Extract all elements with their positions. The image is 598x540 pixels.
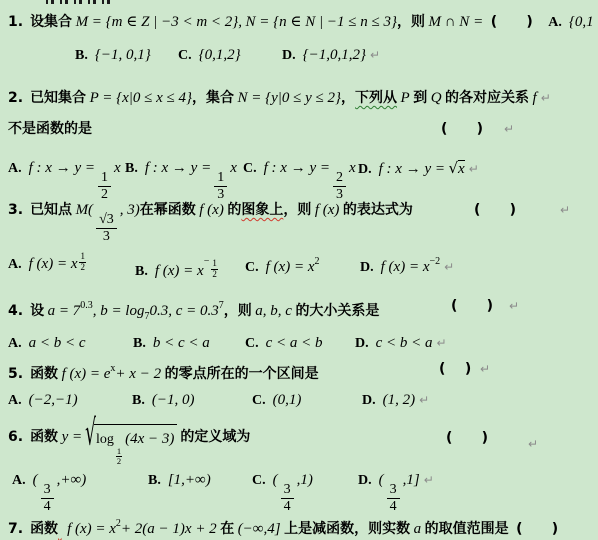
q2-option-d: D.f : x → y = √x↵ bbox=[358, 158, 479, 180]
q3-option-d-label: D. bbox=[360, 260, 374, 275]
q6-option-c-close: ,1) bbox=[297, 472, 313, 488]
q6-option-c-label: C. bbox=[252, 473, 266, 488]
q3-option-a-formula: f (x) = x bbox=[29, 256, 78, 272]
q2-option-d-formula: f : x → y = bbox=[379, 161, 445, 177]
q5-number: 5. bbox=[8, 366, 23, 382]
q7-formula: f (x) = x bbox=[67, 521, 116, 537]
q2-text-1: 已知集合 bbox=[30, 90, 86, 106]
q2-var-p: P bbox=[401, 90, 410, 106]
exponent: 0.3 bbox=[80, 300, 93, 311]
fraction: 23 bbox=[333, 171, 346, 203]
q6-option-a-close: ,+∞) bbox=[57, 472, 87, 488]
fraction-numerator: 1 bbox=[214, 171, 227, 188]
q1-set-m: M = {m ∈ Z | −3 < m < 2}, bbox=[76, 14, 242, 30]
fraction-numerator: 2 bbox=[333, 171, 346, 188]
q4-c-def: 0.3, c = 0.3 bbox=[149, 303, 218, 319]
q7-number: 7. bbox=[8, 521, 23, 537]
q4-option-c: C.c < a < b bbox=[245, 333, 323, 354]
paragraph-mark-icon: ↵ bbox=[370, 48, 380, 62]
fraction-denominator: 2 bbox=[117, 457, 121, 466]
q7-text-3: 上是减函数，则实数 bbox=[284, 521, 410, 537]
q4-text-3: 的大小关系是 bbox=[295, 303, 379, 319]
fraction-numerator: 3 bbox=[387, 483, 400, 500]
q5-text-1: 函数 bbox=[30, 366, 58, 382]
q5-formula-2: + x − 2 bbox=[115, 366, 161, 382]
fraction: 13 bbox=[214, 171, 227, 203]
q7-interval: (−∞,4] bbox=[238, 521, 281, 537]
q5-option-d-value: (1, 2) bbox=[383, 392, 416, 408]
question-4-stem: 4.设 a = 70.3, b = log70.3, c = 0.37，则 a,… bbox=[8, 296, 598, 327]
q3-option-c-formula: f (x) = x bbox=[266, 259, 315, 275]
q2-option-c: C.f : x → y =23x bbox=[243, 158, 356, 203]
q5-option-c: C.(0,1) bbox=[252, 390, 301, 411]
q1-option-c-label: C. bbox=[178, 48, 192, 63]
q2-option-c-var: x bbox=[349, 160, 356, 176]
q6-option-d: D.(34,1]↵ bbox=[358, 470, 434, 515]
paragraph-mark-icon: ↵ bbox=[509, 296, 519, 316]
question-1-stem: 1.设集合 M = {m ∈ Z | −3 < m < 2}, N = {n ∈… bbox=[8, 12, 594, 33]
q5-formula: f (x) = e bbox=[62, 366, 111, 382]
q6-answer-blank: ( ) bbox=[446, 426, 488, 450]
q3-option-b-label: B. bbox=[135, 264, 148, 279]
question-3-stem: 3.已知点 M(√33, 3)在幂函数 f (x) 的图象上，则 f (x) 的… bbox=[8, 200, 598, 245]
question-6-stem: 6.函数 y =√log12(4x − 3)的定义域为 ( ) ↵ bbox=[8, 424, 598, 465]
q5-option-a: A.(−2,−1) bbox=[8, 390, 78, 411]
q2-option-b-var: x bbox=[230, 160, 237, 176]
q3-option-b-formula: f (x) = x bbox=[155, 263, 204, 279]
q1-option-a-value: {0,1 bbox=[569, 14, 594, 30]
q5-option-d: D.(1, 2)↵ bbox=[362, 390, 429, 411]
q4-option-a-label: A. bbox=[8, 336, 22, 351]
q4-option-b-value: b < c < a bbox=[153, 335, 210, 351]
fraction-denominator: 4 bbox=[390, 499, 397, 515]
question-7-stem: 7.函数 f (x) = x2+ 2(a − 1)x + 2 在 (−∞,4] … bbox=[8, 514, 598, 540]
q1-option-d: D.{−1,0,1,2}↵ bbox=[282, 45, 380, 66]
q1-option-c-value: {0,1,2} bbox=[199, 47, 241, 63]
q5-option-b-label: B. bbox=[132, 393, 145, 408]
q3-number: 3. bbox=[8, 202, 23, 218]
fraction: 34 bbox=[387, 483, 400, 515]
q3-spellcheck-text: 图象上 bbox=[241, 202, 283, 218]
q4-option-d: D.c < b < a↵ bbox=[355, 333, 447, 354]
question-3-options: A.f (x) = x12 B.f (x) = x−12 C.f (x) = x… bbox=[8, 252, 590, 282]
q2-text-6: 不是函数的是 bbox=[8, 121, 92, 137]
q4-b-def: , b = log bbox=[93, 303, 145, 319]
fraction-denominator: 2 bbox=[212, 270, 217, 279]
q4-text-2: ，则 bbox=[224, 303, 252, 319]
q4-vars: a, b, c bbox=[255, 303, 292, 319]
exponent-minus: − bbox=[204, 256, 210, 267]
q3-answer-blank: ( ) bbox=[474, 200, 516, 220]
q4-option-d-label: D. bbox=[355, 336, 369, 351]
q3-text-4: ，则 bbox=[283, 202, 311, 218]
q4-text-1: 设 bbox=[30, 303, 44, 319]
question-2-options: A.f : x → y =12x B.f : x → y =13x C.f : … bbox=[8, 158, 590, 198]
q5-option-c-value: (0,1) bbox=[273, 392, 302, 408]
fraction-denominator: 4 bbox=[284, 499, 291, 515]
q1-option-c: C.{0,1,2} bbox=[178, 45, 241, 66]
q1-intersection-expr: M ∩ N = bbox=[428, 14, 483, 30]
q5-option-b-value: (−1, 0) bbox=[152, 392, 195, 408]
q1-option-b-label: B. bbox=[75, 48, 88, 63]
q1-option-a-label: A. bbox=[548, 15, 562, 30]
q5-text-2: 的零点所在的一个区间是 bbox=[165, 366, 319, 382]
q7-text-2: 在 bbox=[220, 521, 234, 537]
q4-option-b: B.b < c < a bbox=[133, 333, 210, 354]
q7-answer-blank: ( ) bbox=[516, 521, 558, 537]
fraction-numerator: √3 bbox=[96, 213, 117, 230]
paragraph-mark-icon: ↵ bbox=[424, 473, 434, 487]
question-1-options: B.{−1, 0,1} C.{0,1,2} D.{−1,0,1,2}↵ bbox=[8, 45, 590, 67]
fraction-denominator: 4 bbox=[44, 499, 51, 515]
square-root: √log12(4x − 3) bbox=[85, 424, 177, 465]
q2-option-a-var: x bbox=[114, 160, 121, 176]
q6-text-1: 函数 bbox=[30, 429, 58, 445]
q3-point-close: , 3) bbox=[120, 202, 140, 218]
q2-text-4: 到 bbox=[413, 90, 427, 106]
q6-option-b: B.[1,+∞) bbox=[148, 470, 211, 491]
q5-option-a-label: A. bbox=[8, 393, 22, 408]
q1-option-b: B.{−1, 0,1} bbox=[75, 45, 151, 66]
q3-option-d: D.f (x) = x−2↵ bbox=[360, 252, 454, 278]
q6-option-b-label: B. bbox=[148, 473, 161, 488]
q2-set-n: N = {y|0 ≤ y ≤ 2} bbox=[237, 90, 341, 106]
q4-option-c-value: c < a < b bbox=[266, 335, 323, 351]
q7-var-a: a bbox=[414, 521, 422, 537]
q2-option-b-label: B. bbox=[125, 161, 138, 176]
question-2-stem: 2.已知集合 P = {x|0 ≤ x ≤ 4}，集合 N = {y|0 ≤ y… bbox=[8, 88, 551, 109]
q3-option-d-formula: f (x) = x bbox=[381, 259, 430, 275]
q4-number: 4. bbox=[8, 303, 23, 319]
paragraph-mark-icon: ↵ bbox=[528, 432, 538, 456]
q6-option-c: C.(34,1) bbox=[252, 470, 313, 515]
q1-number: 1. bbox=[8, 14, 23, 30]
q1-option-d-label: D. bbox=[282, 48, 296, 63]
fraction-denominator: 2 bbox=[80, 263, 85, 272]
q5-option-a-value: (−2,−1) bbox=[29, 392, 78, 408]
paragraph-mark-icon: ↵ bbox=[480, 359, 490, 379]
q3-option-a: A.f (x) = x12 bbox=[8, 252, 86, 275]
document-page: 1.设集合 M = {m ∈ Z | −3 < m < 2}, N = {n ∈… bbox=[0, 0, 598, 540]
q7-formula-2: + 2(a − 1)x + 2 bbox=[121, 521, 217, 537]
q6-option-d-label: D. bbox=[358, 473, 372, 488]
q4-a-def: a = 7 bbox=[48, 303, 81, 319]
exponent-fraction: 12 bbox=[211, 259, 218, 279]
fraction: 12 bbox=[98, 171, 111, 203]
log-argument: (4x − 3) bbox=[125, 431, 174, 447]
question-5-stem: 5.函数 f (x) = ex+ x − 2 的零点所在的一个区间是 ( ) ↵ bbox=[8, 359, 598, 385]
q6-option-a: A.(34,+∞) bbox=[12, 470, 86, 515]
fraction: 34 bbox=[281, 483, 294, 515]
question-6-options: A.(34,+∞) B.[1,+∞) C.(34,1) D.(34,1]↵ bbox=[8, 470, 590, 510]
paragraph-mark-icon: ↵ bbox=[469, 162, 479, 176]
q6-y-equals: y = bbox=[62, 429, 83, 445]
paragraph-mark-icon: ↵ bbox=[419, 393, 429, 407]
q6-option-b-value: [1,+∞) bbox=[168, 472, 211, 488]
q3-fx-1: f (x) bbox=[199, 202, 224, 218]
q2-spellcheck-text: 下列从 bbox=[355, 90, 397, 106]
q6-option-a-label: A. bbox=[12, 473, 26, 488]
q6-number: 6. bbox=[8, 429, 23, 445]
q2-option-d-radicand: x bbox=[458, 160, 465, 177]
spellcheck-mark bbox=[58, 520, 67, 540]
q2-text-2: ，集合 bbox=[192, 90, 234, 106]
paragraph-mark-icon: ↵ bbox=[437, 336, 447, 350]
q7-text-4: 的取值范围是 bbox=[425, 521, 509, 537]
clipped-heading-fragment bbox=[46, 0, 112, 4]
q2-text-3: ， bbox=[341, 90, 355, 106]
q5-option-d-label: D. bbox=[362, 393, 376, 408]
q6-option-a-open: ( bbox=[33, 472, 38, 488]
q2-option-b-formula: f : x → y = bbox=[145, 160, 211, 176]
q4-option-d-value: c < b < a bbox=[376, 335, 433, 351]
q2-number: 2. bbox=[8, 90, 23, 106]
exponent: 2 bbox=[314, 256, 319, 267]
q3-option-c: C.f (x) = x2 bbox=[245, 252, 319, 278]
q1-option-b-value: {−1, 0,1} bbox=[95, 47, 151, 63]
radicand: log12(4x − 3) bbox=[94, 424, 177, 465]
q1-set-n: N = {n ∈ N | −1 ≤ n ≤ 3} bbox=[246, 14, 397, 30]
exponent: −2 bbox=[429, 256, 440, 267]
q1-text-1: 设集合 bbox=[30, 14, 72, 30]
paragraph-mark-icon: ↵ bbox=[541, 91, 551, 105]
q6-option-d-open: ( bbox=[379, 472, 384, 488]
log-text: log bbox=[96, 432, 114, 447]
exponent-fraction: 12 bbox=[79, 252, 86, 272]
q3-text-3: 的 bbox=[227, 202, 241, 218]
q2-var-f: f bbox=[533, 90, 537, 106]
q5-option-c-label: C. bbox=[252, 393, 266, 408]
fraction-numerator: 3 bbox=[281, 483, 294, 500]
radical-icon: √ bbox=[448, 159, 458, 177]
q6-text-2: 的定义域为 bbox=[180, 429, 250, 445]
q2-set-p: P = {x|0 ≤ x ≤ 4} bbox=[90, 90, 192, 106]
q1-option-d-value: {−1,0,1,2} bbox=[303, 47, 366, 63]
q2-option-a: A.f : x → y =12x bbox=[8, 158, 121, 203]
q3-fx-2: f (x) bbox=[315, 202, 340, 218]
q4-option-b-label: B. bbox=[133, 336, 146, 351]
log-base-fraction: 12 bbox=[116, 447, 122, 465]
paragraph-mark-icon: ↵ bbox=[560, 200, 570, 220]
q6-option-c-open: ( bbox=[273, 472, 278, 488]
q2-option-b: B.f : x → y =13x bbox=[125, 158, 237, 203]
q5-answer-blank: ( ) bbox=[439, 359, 471, 379]
q1-text-2: ，则 bbox=[397, 14, 425, 30]
fraction-numerator: 1 bbox=[98, 171, 111, 188]
q2-answer-blank: ( ) bbox=[441, 119, 483, 139]
q2-option-c-label: C. bbox=[243, 161, 257, 176]
fraction-denominator: 3 bbox=[103, 229, 110, 245]
paragraph-mark-icon: ↵ bbox=[504, 119, 514, 139]
q2-option-a-formula: f : x → y = bbox=[29, 160, 95, 176]
radical-icon: √ bbox=[85, 409, 96, 459]
q7-text-1: 函数 bbox=[30, 521, 58, 537]
fraction: √33 bbox=[96, 213, 117, 245]
q3-option-b: B.f (x) = x−12 bbox=[135, 252, 218, 282]
q1-answer-blank: ( ) bbox=[491, 14, 533, 30]
q4-option-a: A.a < b < c bbox=[8, 333, 86, 354]
q2-option-d-label: D. bbox=[358, 162, 372, 177]
fraction-numerator: 3 bbox=[41, 483, 54, 500]
q3-option-c-label: C. bbox=[245, 260, 259, 275]
fraction: 34 bbox=[41, 483, 54, 515]
q2-var-q: Q bbox=[431, 90, 442, 106]
q4-option-c-label: C. bbox=[245, 336, 259, 351]
q6-option-d-close: ,1] bbox=[403, 472, 420, 488]
q4-answer-blank: ( ) bbox=[451, 296, 493, 316]
paragraph-mark-icon: ↵ bbox=[444, 260, 454, 274]
q5-option-b: B.(−1, 0) bbox=[132, 390, 194, 411]
q2-option-c-formula: f : x → y = bbox=[264, 160, 330, 176]
q2-option-a-label: A. bbox=[8, 161, 22, 176]
q3-point-open: M( bbox=[76, 202, 94, 218]
question-2-stem-2: 不是函数的是 ( ) ↵ bbox=[8, 119, 590, 140]
q2-text-5: 的各对应关系 bbox=[445, 90, 529, 106]
q4-option-a-value: a < b < c bbox=[29, 335, 86, 351]
q3-text-2: 在幂函数 bbox=[140, 202, 196, 218]
q3-text-1: 已知点 bbox=[30, 202, 72, 218]
q3-option-a-label: A. bbox=[8, 257, 22, 272]
q3-text-5: 的表达式为 bbox=[343, 202, 413, 218]
